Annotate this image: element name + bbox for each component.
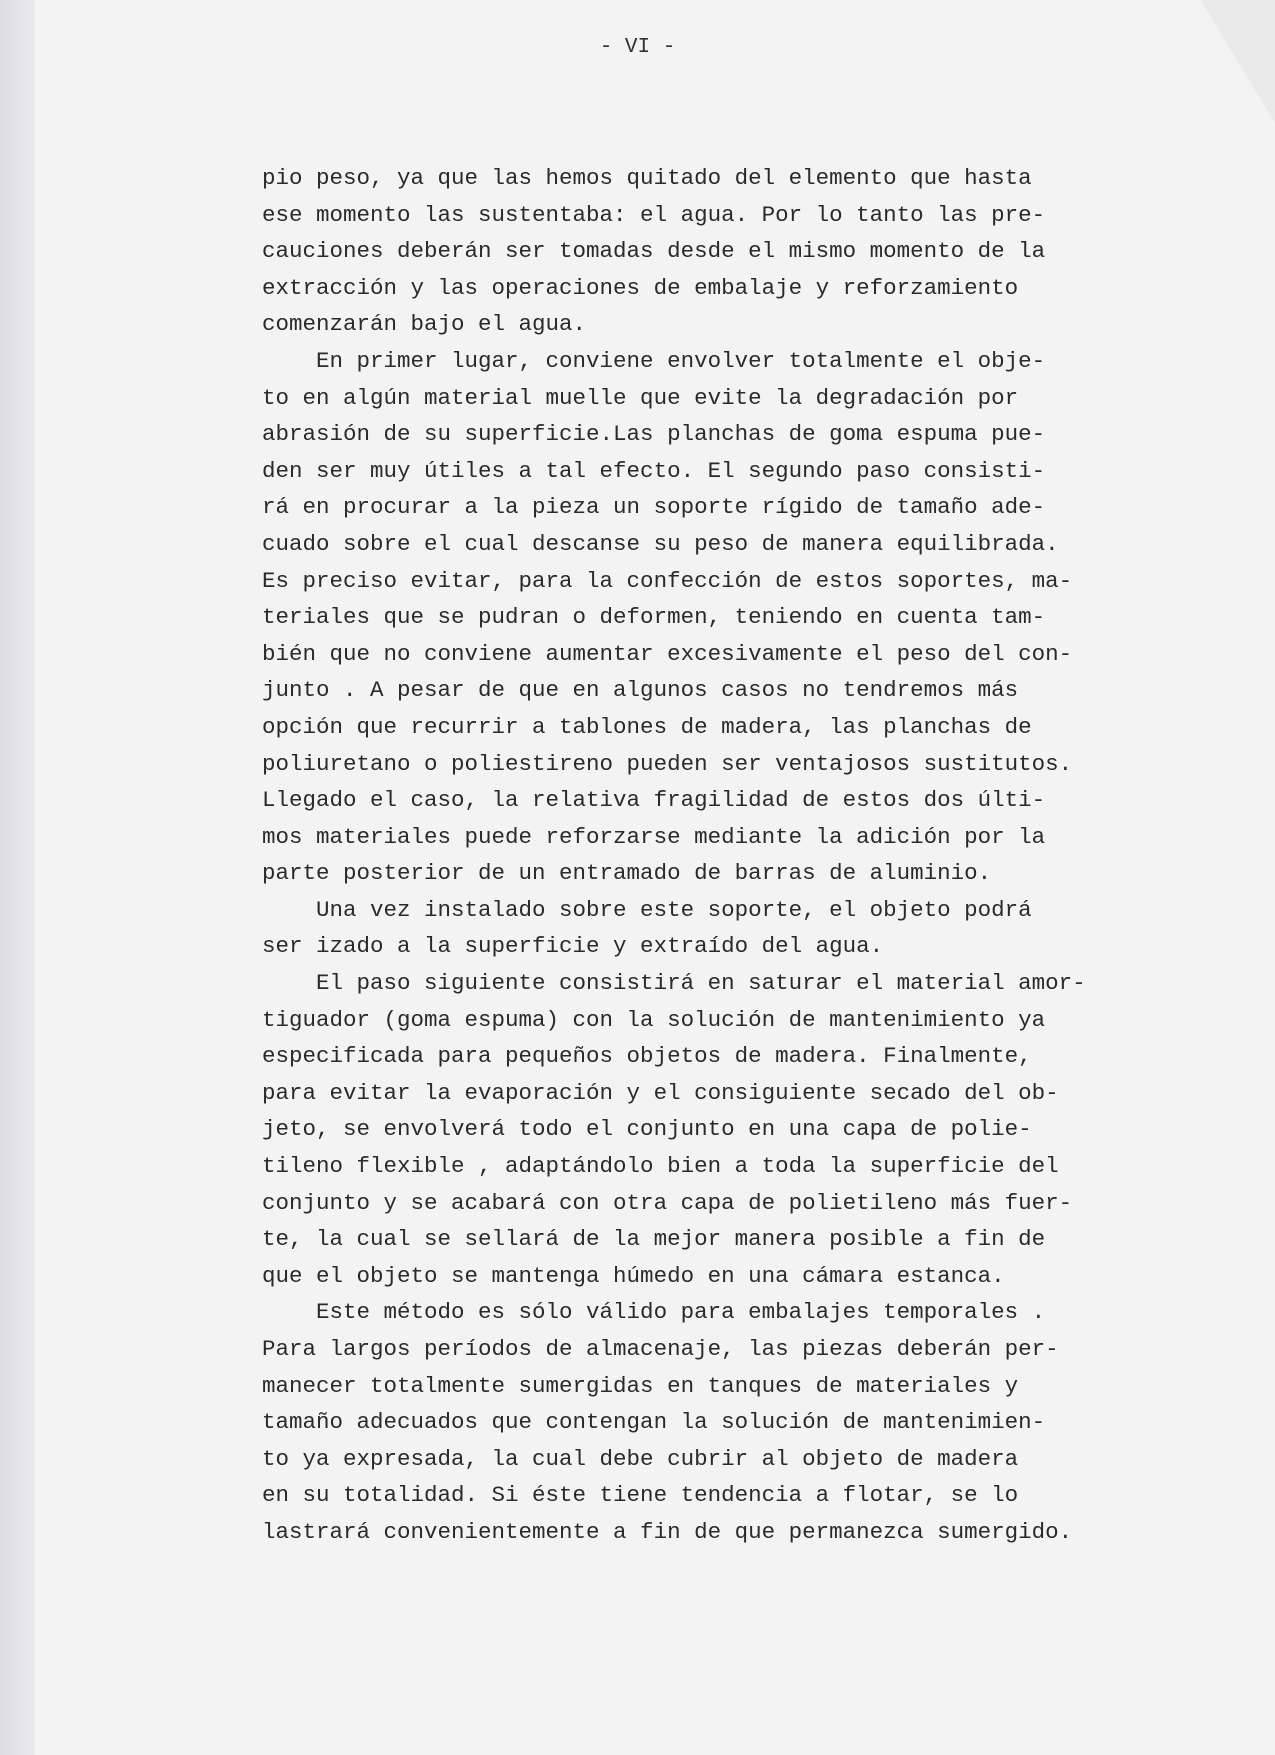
text-line: tamaño adecuados que contengan la soluci… [262, 1404, 1182, 1441]
text-line: especificada para pequeños objetos de ma… [262, 1038, 1182, 1075]
text-line: abrasión de su superficie.Las planchas d… [262, 416, 1182, 453]
body-text: pio peso, ya que las hemos quitado del e… [262, 160, 1182, 1551]
text-line: manecer totalmente sumergidas en tanques… [262, 1368, 1182, 1405]
text-line: En primer lugar, conviene envolver total… [262, 343, 1182, 380]
text-line: tileno flexible , adaptándolo bien a tod… [262, 1148, 1182, 1185]
text-line: parte posterior de un entramado de barra… [262, 855, 1182, 892]
text-line: cuado sobre el cual descanse su peso de … [262, 526, 1182, 563]
text-line: rá en procurar a la pieza un soporte ríg… [262, 489, 1182, 526]
text-line: opción que recurrir a tablones de madera… [262, 709, 1182, 746]
text-line: en su totalidad. Si éste tiene tendencia… [262, 1477, 1182, 1514]
text-line: Este método es sólo válido para embalaje… [262, 1294, 1182, 1331]
text-line: cauciones deberán ser tomadas desde el m… [262, 233, 1182, 270]
text-line: mos materiales puede reforzarse mediante… [262, 819, 1182, 856]
text-line: junto . A pesar de que en algunos casos … [262, 672, 1182, 709]
text-line: teriales que se pudran o deformen, tenie… [262, 599, 1182, 636]
text-line: El paso siguiente consistirá en saturar … [262, 965, 1182, 1002]
text-line: pio peso, ya que las hemos quitado del e… [262, 160, 1182, 197]
text-line: lastrará convenientemente a fin de que p… [262, 1514, 1182, 1551]
text-line: to ya expresada, la cual debe cubrir al … [262, 1441, 1182, 1478]
text-line: den ser muy útiles a tal efecto. El segu… [262, 453, 1182, 490]
text-line: conjunto y se acabará con otra capa de p… [262, 1185, 1182, 1222]
text-line: bién que no conviene aumentar excesivame… [262, 636, 1182, 673]
text-line: ese momento las sustentaba: el agua. Por… [262, 197, 1182, 234]
text-line: ser izado a la superficie y extraído del… [262, 928, 1182, 965]
text-line: Una vez instalado sobre este soporte, el… [262, 892, 1182, 929]
page-number: - VI - [0, 36, 1275, 59]
text-line: que el objeto se mantenga húmedo en una … [262, 1258, 1182, 1295]
text-line: poliuretano o poliestireno pueden ser ve… [262, 746, 1182, 783]
text-line: te, la cual se sellará de la mejor maner… [262, 1221, 1182, 1258]
text-line: jeto, se envolverá todo el conjunto en u… [262, 1111, 1182, 1148]
text-line: tiguador (goma espuma) con la solución d… [262, 1002, 1182, 1039]
page-edge [0, 0, 40, 1755]
text-line: Es preciso evitar, para la confección de… [262, 563, 1182, 600]
text-line: para evitar la evaporación y el consigui… [262, 1075, 1182, 1112]
text-line: to en algún material muelle que evite la… [262, 380, 1182, 417]
text-line: extracción y las operaciones de embalaje… [262, 270, 1182, 307]
text-line: Para largos períodos de almacenaje, las … [262, 1331, 1182, 1368]
text-line: comenzarán bajo el agua. [262, 306, 1182, 343]
text-line: Llegado el caso, la relativa fragilidad … [262, 782, 1182, 819]
